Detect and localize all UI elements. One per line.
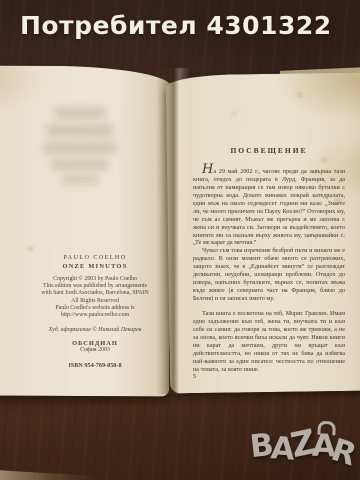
dedication-paragraph-1: На 29 май 2002 г., часове преди да завър… bbox=[193, 167, 345, 247]
dedication-paragraph-2: Чувал съм това изречение безброй пъти и … bbox=[193, 247, 345, 303]
dedication-block: ПОСВЕЩЕНИЕ На 29 май 2002 г., часове пре… bbox=[193, 146, 345, 381]
colophon-line: Copyright © 2003 by Paulo Coelho bbox=[20, 276, 170, 283]
showthrough-line bbox=[43, 142, 117, 154]
showthrough-line bbox=[46, 124, 114, 137]
colophon-line: Paulo Coelho's website address is bbox=[20, 305, 170, 312]
colophon-line: This edition was published by arrangemen… bbox=[20, 283, 170, 290]
colophon-block: PAULO COELHO ONZE MINUTOS Copyright © 20… bbox=[20, 254, 170, 369]
colophon-line: All Rights Reserved bbox=[20, 298, 170, 305]
page-number: 5 bbox=[193, 373, 345, 381]
colophon-title: ONZE MINUTOS bbox=[20, 263, 170, 270]
dedication-paragraph-3: Тази книга е посветена на теб, Морис Гра… bbox=[193, 310, 345, 374]
bazar-logo-watermark: B A Z A R bbox=[250, 428, 358, 468]
colophon-isbn: ISBN 954-769-058-8 bbox=[20, 362, 170, 369]
colophon-author: PAULO COELHO bbox=[20, 254, 170, 261]
showthrough-line bbox=[54, 107, 106, 119]
page-stain bbox=[28, 246, 33, 251]
page-showthrough-text bbox=[40, 102, 120, 189]
showthrough-line bbox=[51, 159, 109, 170]
table-edge bbox=[0, 467, 96, 480]
colophon-designer: Худ. оформление © Николай Пекарев bbox=[20, 327, 170, 333]
seller-watermark-text: Потребител 4301322 bbox=[20, 11, 332, 40]
colophon-city-year: София 2003 bbox=[20, 347, 170, 354]
dedication-heading: ПОСВЕЩЕНИЕ bbox=[193, 146, 345, 155]
showthrough-line bbox=[61, 175, 99, 184]
colophon-line: with Sant Jordi Asociados, Barcelona, SP… bbox=[20, 290, 170, 297]
colophon-website: http://www.paulocoelho.com bbox=[20, 312, 170, 319]
page-stain bbox=[232, 112, 236, 116]
bag-handle-icon bbox=[318, 421, 336, 436]
dedication-drop-cap: Н bbox=[202, 162, 213, 177]
page-stain bbox=[296, 92, 303, 97]
listing-photo: Потребител 4301322 PAULO COELHO ONZE MIN… bbox=[0, 0, 360, 480]
dedication-paragraph-1-text: а 29 май 2002 г., часове преди да завърш… bbox=[193, 168, 345, 246]
